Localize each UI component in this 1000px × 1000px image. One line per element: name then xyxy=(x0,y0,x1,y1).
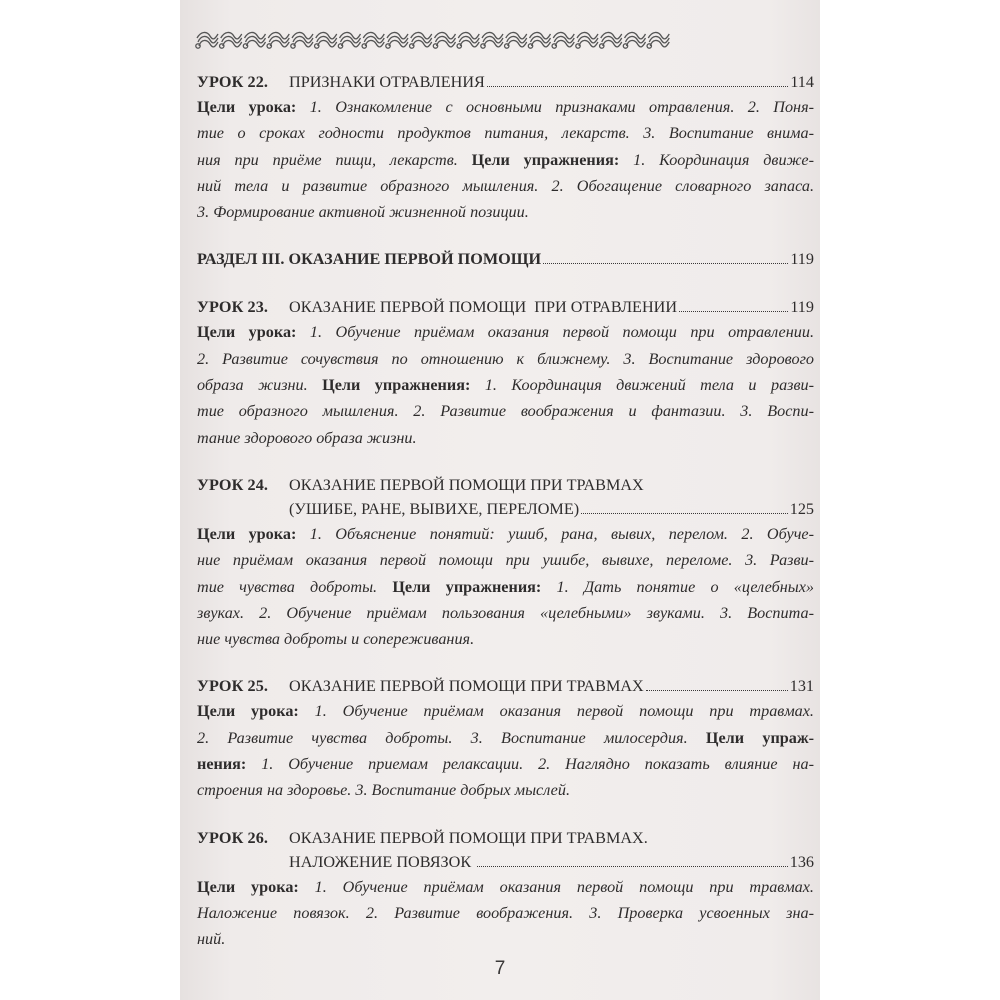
lesson-title: ОКАЗАНИЕ ПЕРВОЙ ПОМОЩИ ПРИ ТРАВМАХ xyxy=(289,473,644,497)
goals-text: тие образного мышления. 2. Развитие вооб… xyxy=(197,402,814,420)
dot-leader xyxy=(477,866,788,867)
goals-text: 1. Объяснение понятий: ушиб, рана, вывих… xyxy=(310,525,814,543)
section-title: РАЗДЕЛ III. ОКАЗАНИЕ ПЕРВОЙ ПОМОЩИ xyxy=(197,247,541,271)
goals-line: Цели урока: 1. Обучение приёмам оказания… xyxy=(197,698,814,724)
goals-label: Цели упраж- xyxy=(706,729,814,747)
lesson-goals: Цели урока: 1. Обучение приёмам оказания… xyxy=(197,319,814,450)
lesson-goals: Цели урока: 1. Объяснение понятий: ушиб,… xyxy=(197,521,814,652)
toc-page-number: 114 xyxy=(790,70,814,94)
toc-title-line: УРОК 22.ПРИЗНАКИ ОТРАВЛЕНИЯ114 xyxy=(197,70,814,94)
goals-label: Цели урока: xyxy=(197,323,310,341)
toc-lesson-entry: УРОК 25.ОКАЗАНИЕ ПЕРВОЙ ПОМОЩИ ПРИ ТРАВМ… xyxy=(197,674,814,803)
goals-line: ния при приёме пищи, лекарств. Цели упра… xyxy=(197,147,814,173)
table-of-contents: УРОК 22.ПРИЗНАКИ ОТРАВЛЕНИЯ114Цели урока… xyxy=(197,70,814,975)
toc-section-entry: РАЗДЕЛ III. ОКАЗАНИЕ ПЕРВОЙ ПОМОЩИ119 xyxy=(197,247,814,271)
lesson-label: УРОК 23. xyxy=(197,295,289,319)
wave-scroll-ornament-icon xyxy=(195,30,670,52)
toc-page-number: 125 xyxy=(790,497,814,521)
goals-text: ния при приёме пищи, лекарств. xyxy=(197,151,472,169)
goals-label: нения: xyxy=(197,755,261,773)
lesson-title: ОКАЗАНИЕ ПЕРВОЙ ПОМОЩИ ПРИ ТРАВМАХ. xyxy=(289,826,648,850)
dot-leader xyxy=(646,690,788,691)
lesson-goals: Цели урока: 1. Обучение приёмам оказания… xyxy=(197,874,814,953)
goals-label: Цели урока: xyxy=(197,702,315,720)
lesson-goals: Цели урока: 1. Ознакомление с основными … xyxy=(197,94,814,225)
goals-line: Цели урока: 1. Объяснение понятий: ушиб,… xyxy=(197,521,814,547)
goals-text: тие чувства доброты. xyxy=(197,578,392,596)
goals-text: 1. Обучение приёмам оказания первой помо… xyxy=(310,323,814,341)
goals-text: ний тела и развитие образного мышления. … xyxy=(197,177,814,195)
toc-title-line: УРОК 24.ОКАЗАНИЕ ПЕРВОЙ ПОМОЩИ ПРИ ТРАВМ… xyxy=(197,473,814,497)
toc-lesson-entry: УРОК 23.ОКАЗАНИЕ ПЕРВОЙ ПОМОЩИ ПРИ ОТРАВ… xyxy=(197,295,814,450)
goals-line: Цели урока: 1. Обучение приёмам оказания… xyxy=(197,874,814,900)
toc-title-line: УРОК 23.ОКАЗАНИЕ ПЕРВОЙ ПОМОЩИ ПРИ ОТРАВ… xyxy=(197,295,814,319)
goals-text: 2. Развитие сочувствия по отношению к бл… xyxy=(197,350,814,368)
goals-text: звуках. 2. Обучение приёмам пользования … xyxy=(197,604,814,622)
goals-text: 1. Дать понятие о «целебных» xyxy=(557,578,814,596)
lesson-title: ПРИЗНАКИ ОТРАВЛЕНИЯ xyxy=(289,70,485,94)
lesson-title: (УШИБЕ, РАНЕ, ВЫВИХЕ, ПЕРЕЛОМЕ) xyxy=(289,497,579,521)
lesson-label: УРОК 24. xyxy=(197,473,289,497)
goals-text: образа жизни. xyxy=(197,376,322,394)
lesson-title: ОКАЗАНИЕ ПЕРВОЙ ПОМОЩИ ПРИ ОТРАВЛЕНИИ xyxy=(289,295,677,319)
toc-page-number: 119 xyxy=(790,295,814,319)
goals-text: 1. Обучение приёмам оказания первой помо… xyxy=(315,878,814,896)
lesson-label: УРОК 26. xyxy=(197,826,289,850)
goals-line: образа жизни. Цели упражнения: 1. Коорди… xyxy=(197,372,814,398)
goals-text: Наложение повязок. 2. Развитие воображен… xyxy=(197,904,814,922)
goals-line: ние чувства доброты и сопереживания. xyxy=(197,626,814,652)
goals-text: 1. Обучение приемам релаксации. 2. Нагля… xyxy=(261,755,814,773)
book-page: УРОК 22.ПРИЗНАКИ ОТРАВЛЕНИЯ114Цели урока… xyxy=(180,0,820,1000)
lesson-title: ОКАЗАНИЕ ПЕРВОЙ ПОМОЩИ ПРИ ТРАВМАХ xyxy=(289,674,644,698)
goals-text: 3. Формирование активной жизненной позиц… xyxy=(197,203,529,221)
lesson-goals: Цели урока: 1. Обучение приёмам оказания… xyxy=(197,698,814,803)
goals-line: 2. Развитие сочувствия по отношению к бл… xyxy=(197,346,814,372)
goals-text: 1. Обучение приёмам оказания первой помо… xyxy=(315,702,814,720)
goals-line: 2. Развитие чувства доброты. 3. Воспитан… xyxy=(197,725,814,751)
goals-line: Цели урока: 1. Ознакомление с основными … xyxy=(197,94,814,120)
goals-text: ний. xyxy=(197,930,225,948)
goals-text: 2. Развитие чувства доброты. 3. Воспитан… xyxy=(197,729,706,747)
goals-text: ние приёмам оказания первой помощи при у… xyxy=(197,551,814,569)
goals-line: строения на здоровье. 3. Воспитание добр… xyxy=(197,777,814,803)
toc-lesson-entry: УРОК 24.ОКАЗАНИЕ ПЕРВОЙ ПОМОЩИ ПРИ ТРАВМ… xyxy=(197,473,814,652)
goals-line: нения: 1. Обучение приемам релаксации. 2… xyxy=(197,751,814,777)
goals-text: 1. Координация движений тела и разви- xyxy=(485,376,814,394)
goals-line: ний тела и развитие образного мышления. … xyxy=(197,173,814,199)
goals-line: тие чувства доброты. Цели упражнения: 1.… xyxy=(197,574,814,600)
toc-page-number: 119 xyxy=(790,247,814,271)
toc-lesson-entry: УРОК 22.ПРИЗНАКИ ОТРАВЛЕНИЯ114Цели урока… xyxy=(197,70,814,225)
goals-line: звуках. 2. Обучение приёмам пользования … xyxy=(197,600,814,626)
dot-leader xyxy=(543,263,788,264)
goals-label: Цели упражнения: xyxy=(392,578,556,596)
dot-leader xyxy=(581,513,788,514)
goals-line: ние приёмам оказания первой помощи при у… xyxy=(197,547,814,573)
toc-lesson-entry: УРОК 26.ОКАЗАНИЕ ПЕРВОЙ ПОМОЩИ ПРИ ТРАВМ… xyxy=(197,826,814,953)
toc-title-line: (УШИБЕ, РАНЕ, ВЫВИХЕ, ПЕРЕЛОМЕ)125 xyxy=(197,497,814,521)
toc-title-line: НАЛОЖЕНИЕ ПОВЯЗОК 136 xyxy=(197,850,814,874)
goals-label: Цели упражнения: xyxy=(472,151,633,169)
goals-line: 3. Формирование активной жизненной позиц… xyxy=(197,199,814,225)
page-number: 7 xyxy=(180,958,820,980)
goals-text: тие о сроках годности продуктов питания,… xyxy=(197,124,814,142)
goals-line: тие о сроках годности продуктов питания,… xyxy=(197,120,814,146)
toc-title-line: УРОК 25.ОКАЗАНИЕ ПЕРВОЙ ПОМОЩИ ПРИ ТРАВМ… xyxy=(197,674,814,698)
lesson-label: УРОК 22. xyxy=(197,70,289,94)
toc-title-line: УРОК 26.ОКАЗАНИЕ ПЕРВОЙ ПОМОЩИ ПРИ ТРАВМ… xyxy=(197,826,814,850)
lesson-label: УРОК 25. xyxy=(197,674,289,698)
toc-page-number: 131 xyxy=(790,674,814,698)
toc-page-number: 136 xyxy=(790,850,814,874)
goals-label: Цели урока: xyxy=(197,98,310,116)
dot-leader xyxy=(487,86,788,87)
goals-text: тание здорового образа жизни. xyxy=(197,429,417,447)
goals-label: Цели упражнения: xyxy=(322,376,485,394)
lesson-title: НАЛОЖЕНИЕ ПОВЯЗОК xyxy=(289,850,475,874)
goals-line: тание здорового образа жизни. xyxy=(197,425,814,451)
goals-line: ний. xyxy=(197,926,814,952)
toc-title-line: РАЗДЕЛ III. ОКАЗАНИЕ ПЕРВОЙ ПОМОЩИ119 xyxy=(197,247,814,271)
dot-leader xyxy=(679,311,788,312)
goals-text: ние чувства доброты и сопереживания. xyxy=(197,630,474,648)
goals-label: Цели урока: xyxy=(197,525,310,543)
goals-line: Цели урока: 1. Обучение приёмам оказания… xyxy=(197,319,814,345)
goals-text: 1. Ознакомление с основными признаками о… xyxy=(310,98,814,116)
goals-label: Цели урока: xyxy=(197,878,315,896)
goals-text: строения на здоровье. 3. Воспитание добр… xyxy=(197,781,570,799)
goals-line: Наложение повязок. 2. Развитие воображен… xyxy=(197,900,814,926)
goals-line: тие образного мышления. 2. Развитие вооб… xyxy=(197,398,814,424)
goals-text: 1. Координация движе- xyxy=(633,151,814,169)
